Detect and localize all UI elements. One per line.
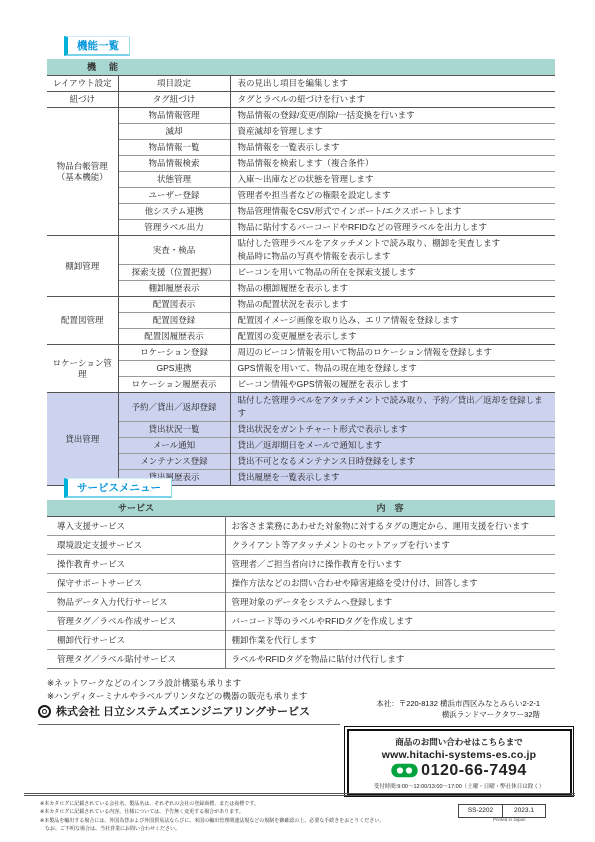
function-cell: メール通知 bbox=[118, 438, 230, 454]
legal-line: ※本カタログに記載されている内容、仕様については、予告無く変更する場合があります… bbox=[40, 808, 450, 816]
doc-date: 2023.1 bbox=[502, 805, 545, 817]
function-row: 物品情報一覧物品情報を一覧表示します bbox=[47, 140, 555, 156]
company-logo-icon bbox=[38, 705, 51, 718]
description-cell: 貸出／返却期日をメールで通知します bbox=[230, 438, 555, 454]
function-cell: 他システム連携 bbox=[118, 204, 230, 220]
function-cell: 配置図表示 bbox=[118, 297, 230, 313]
function-row: 棚卸管理実査・検品貼付した管理ラベルをアタッチメントで読み取り、棚卸を実査します… bbox=[47, 236, 555, 265]
function-row: 配置図管理配置図表示物品の配置状況を表示します bbox=[47, 297, 555, 313]
service-row: 管理タグ／ラベル貼付サービスラベルやRFIDタグを物品に貼付け代行します bbox=[47, 650, 555, 669]
service-name-cell: 管理タグ／ラベル作成サービス bbox=[47, 612, 225, 631]
service-table: 導入支援サービスお客さま業務にあわせた対象物に対するタグの選定から、運用支援を行… bbox=[47, 516, 555, 669]
description-cell: 周辺のビーコン情報を用いて物品のロケーション情報を登録します bbox=[230, 345, 555, 361]
service-desc-cell: 棚卸作業を代行します bbox=[225, 631, 555, 650]
function-cell: 貸出状況一覧 bbox=[118, 422, 230, 438]
function-table-header: 機 能 bbox=[47, 59, 555, 75]
function-row: メール通知貸出／返却期日をメールで通知します bbox=[47, 438, 555, 454]
function-cell: 物品情報検索 bbox=[118, 156, 230, 172]
service-name-cell: 導入支援サービス bbox=[47, 517, 225, 536]
service-section: サービス 内 容 導入支援サービスお客さま業務にあわせた対象物に対するタグの選定… bbox=[47, 500, 555, 703]
contact-lead: 商品のお問い合わせはこちらまで bbox=[353, 736, 566, 748]
function-row: ロケーション管理ロケーション登録周辺のビーコン情報を用いて物品のロケーション情報… bbox=[47, 345, 555, 361]
function-cell: 予約／貸出／返却登録 bbox=[118, 393, 230, 422]
service-name-cell: 保守サポートサービス bbox=[47, 574, 225, 593]
service-row: 保守サポートサービス操作方法などのお問い合わせや障害連絡を受け付け、回答します bbox=[47, 574, 555, 593]
function-cell: 状態管理 bbox=[118, 172, 230, 188]
group-cell: 貸出管理 bbox=[47, 393, 118, 486]
function-row: ユーザー登録管理者や担当者などの権限を設定します bbox=[47, 188, 555, 204]
service-name-cell: 環境設定支援サービス bbox=[47, 536, 225, 555]
address-line-2: 横浜ランドマークタワー32階 bbox=[376, 709, 540, 720]
service-row: 棚卸代行サービス棚卸作業を代行します bbox=[47, 631, 555, 650]
function-cell: 項目設定 bbox=[118, 76, 230, 92]
service-row: 導入支援サービスお客さま業務にあわせた対象物に対するタグの選定から、運用支援を行… bbox=[47, 517, 555, 536]
description-cell: 物品に貼付するバーコードやRFIDなどの管理ラベルを出力します bbox=[230, 220, 555, 236]
service-desc-cell: バーコード等のラベルやRFIDタグを作成します bbox=[225, 612, 555, 631]
function-cell: 滅却 bbox=[118, 124, 230, 140]
company-line: 株式会社 日立システムズエンジニアリングサービス bbox=[38, 703, 340, 725]
description-cell: 表の見出し項目を編集します bbox=[230, 76, 555, 92]
function-row: 滅却資産滅却を管理します bbox=[47, 124, 555, 140]
function-cell: 配置図登録 bbox=[118, 313, 230, 329]
function-row: 紐づけタグ紐づけタグとラベルの紐づけを行います bbox=[47, 92, 555, 108]
doc-code: SS-2202 bbox=[459, 805, 502, 817]
service-row: 物品データ入力代行サービス管理対象のデータをシステムへ登録します bbox=[47, 593, 555, 612]
contact-url: www.hitachi-systems-es.co.jp bbox=[353, 749, 566, 761]
legal-line: ※本製品を輸出する場合には、外国為替および外国貿易法ならびに、米国の輸出管理関連… bbox=[40, 817, 450, 825]
catalog-page: 機能一覧 機 能 レイアウト設定項目設定表の見出し項目を編集します紐づけタグ紐づ… bbox=[0, 0, 595, 842]
group-cell: 紐づけ bbox=[47, 92, 118, 108]
function-row: 他システム連携物品管理情報をCSV形式でインポート/エクスポートします bbox=[47, 204, 555, 220]
group-cell: レイアウト設定 bbox=[47, 76, 118, 92]
service-name-cell: 管理タグ／ラベル貼付サービス bbox=[47, 650, 225, 669]
function-cell: 管理ラベル出力 bbox=[118, 220, 230, 236]
description-cell: 物品情報を検索します（複合条件） bbox=[230, 156, 555, 172]
group-cell: 棚卸管理 bbox=[47, 236, 118, 297]
function-row: ロケーション履歴表示ビーコン情報やGPS情報の履歴を表示します bbox=[47, 377, 555, 393]
description-cell: 資産滅却を管理します bbox=[230, 124, 555, 140]
description-cell: 物品情報の登録/変更/削除/一括変換を行います bbox=[230, 108, 555, 124]
freedial-icon bbox=[391, 763, 418, 778]
function-row: 物品情報検索物品情報を検索します（複合条件） bbox=[47, 156, 555, 172]
service-row: 操作教育サービス管理者／ご担当者向けに操作教育を行います bbox=[47, 555, 555, 574]
description-cell: GPS情報を用いて、物品の現在地を登録します bbox=[230, 361, 555, 377]
service-desc-cell: 操作方法などのお問い合わせや障害連絡を受け付け、回答します bbox=[225, 574, 555, 593]
function-cell: ユーザー登録 bbox=[118, 188, 230, 204]
function-cell: 物品情報管理 bbox=[118, 108, 230, 124]
description-cell: 物品管理情報をCSV形式でインポート/エクスポートします bbox=[230, 204, 555, 220]
description-cell: 物品の棚卸履歴を表示します bbox=[230, 281, 555, 297]
function-cell: 探索支援（位置把握） bbox=[118, 265, 230, 281]
description-cell: 配置図の変更履歴を表示します bbox=[230, 329, 555, 345]
contact-hours: 受付時間:9:00～12:00/13:00～17:00（土曜・日曜・弊社休日は除… bbox=[353, 782, 566, 790]
function-cell: タグ紐づけ bbox=[118, 92, 230, 108]
group-cell: ロケーション管理 bbox=[47, 345, 118, 393]
service-desc-cell: ラベルやRFIDタグを物品に貼付け代行します bbox=[225, 650, 555, 669]
service-column-header: サービス bbox=[47, 500, 225, 516]
service-section-title: サービスメニュー bbox=[64, 478, 172, 498]
printed-note: Printed in Japan bbox=[493, 817, 526, 822]
service-desc-cell: クライアント等アタッチメントのセットアップを行います bbox=[225, 536, 555, 555]
service-name-cell: 操作教育サービス bbox=[47, 555, 225, 574]
description-cell: 貼付した管理ラベルをアタッチメントで読み取り、棚卸を実査します検品時に物品の写真… bbox=[230, 236, 555, 265]
group-cell: 物品台帳管理（基本機能） bbox=[47, 108, 118, 236]
description-cell: 管理者や担当者などの権限を設定します bbox=[230, 188, 555, 204]
function-row: 物品台帳管理（基本機能）物品情報管理物品情報の登録/変更/削除/一括変換を行いま… bbox=[47, 108, 555, 124]
function-cell: メンテナンス登録 bbox=[118, 454, 230, 470]
service-desc-cell: 管理者／ご担当者向けに操作教育を行います bbox=[225, 555, 555, 574]
function-row: レイアウト設定項目設定表の見出し項目を編集します bbox=[47, 76, 555, 92]
contact-phone-row: 0120-66-7494 bbox=[353, 762, 566, 780]
service-table-header: サービス 内 容 bbox=[47, 500, 555, 516]
function-row: 探索支援（位置把握）ビーコンを用いて物品の所在を探索支援します bbox=[47, 265, 555, 281]
function-row: 貸出状況一覧貸出状況をガントチャート形式で表示します bbox=[47, 422, 555, 438]
function-row: 状態管理入庫～出庫などの状態を管理します bbox=[47, 172, 555, 188]
service-row: 環境設定支援サービスクライアント等アタッチメントのセットアップを行います bbox=[47, 536, 555, 555]
description-cell: 貸出履歴を一覧表示します bbox=[230, 470, 555, 486]
description-cell: 物品の配置状況を表示します bbox=[230, 297, 555, 313]
content-column-header: 内 容 bbox=[225, 500, 555, 516]
description-cell: 貸出不可となるメンテナンス日時登録をします bbox=[230, 454, 555, 470]
legal-separator bbox=[24, 793, 575, 796]
function-row: 貸出管理予約／貸出／返却登録貼付した管理ラベルをアタッチメントで読み取り、予約／… bbox=[47, 393, 555, 422]
service-name-cell: 棚卸代行サービス bbox=[47, 631, 225, 650]
company-name: 株式会社 日立システムズエンジニアリングサービス bbox=[56, 703, 310, 719]
function-row: 配置図登録配置図イメージ画像を取り込み、エリア情報を登録します bbox=[47, 313, 555, 329]
function-cell: 実査・検品 bbox=[118, 236, 230, 265]
function-row: 配置図履歴表示配置図の変更履歴を表示します bbox=[47, 329, 555, 345]
contact-box-inner: 商品のお問い合わせはこちらまで www.hitachi-systems-es.c… bbox=[347, 729, 572, 795]
head-office-address: 本社：〒220-8132 横浜市西区みなとみらい2-2-1 横浜ランドマークタワ… bbox=[376, 698, 540, 721]
service-desc-cell: お客さま業務にあわせた対象物に対するタグの選定から、運用支援を行います bbox=[225, 517, 555, 536]
function-section-title: 機能一覧 bbox=[64, 36, 130, 56]
legal-text: ※本カタログに記載されている会社名、製品名は、それぞれの会社の登録商標、または商… bbox=[40, 800, 450, 833]
description-cell: タグとラベルの紐づけを行います bbox=[230, 92, 555, 108]
function-cell: 物品情報一覧 bbox=[118, 140, 230, 156]
contact-phone: 0120-66-7494 bbox=[421, 762, 527, 780]
description-cell: ビーコンを用いて物品の所在を探索支援します bbox=[230, 265, 555, 281]
legal-line: ※本カタログに記載されている会社名、製品名は、それぞれの会社の登録商標、または商… bbox=[40, 800, 450, 808]
function-cell: ロケーション登録 bbox=[118, 345, 230, 361]
description-cell: 貸出状況をガントチャート形式で表示します bbox=[230, 422, 555, 438]
function-row: GPS連携GPS情報を用いて、物品の現在地を登録します bbox=[47, 361, 555, 377]
function-row: 管理ラベル出力物品に貼付するバーコードやRFIDなどの管理ラベルを出力します bbox=[47, 220, 555, 236]
description-cell: 貼付した管理ラベルをアタッチメントで読み取り、予約／貸出／返却を登録します bbox=[230, 393, 555, 422]
group-cell: 配置図管理 bbox=[47, 297, 118, 345]
function-cell: ロケーション履歴表示 bbox=[118, 377, 230, 393]
function-cell: 配置図履歴表示 bbox=[118, 329, 230, 345]
address-line-1: 本社：〒220-8132 横浜市西区みなとみらい2-2-1 bbox=[376, 698, 540, 709]
description-cell: 入庫～出庫などの状態を管理します bbox=[230, 172, 555, 188]
function-table: レイアウト設定項目設定表の見出し項目を編集します紐づけタグ紐づけタグとラベルの紐… bbox=[47, 75, 555, 486]
function-cell: 棚卸履歴表示 bbox=[118, 281, 230, 297]
description-cell: 配置図イメージ画像を取り込み、エリア情報を登録します bbox=[230, 313, 555, 329]
doc-version-box: SS-2202 2023.1 bbox=[458, 804, 546, 818]
company-block: 株式会社 日立システムズエンジニアリングサービス bbox=[38, 703, 340, 725]
legal-line: なお、ご不明な場合は、当社営業にお問い合わせください。 bbox=[40, 825, 450, 833]
service-name-cell: 物品データ入力代行サービス bbox=[47, 593, 225, 612]
service-row: 管理タグ／ラベル作成サービスバーコード等のラベルやRFIDタグを作成します bbox=[47, 612, 555, 631]
note-line: ※ネットワークなどのインフラ設計構築も承ります bbox=[47, 677, 555, 690]
description-cell: ビーコン情報やGPS情報の履歴を表示します bbox=[230, 377, 555, 393]
function-row: メンテナンス登録貸出不可となるメンテナンス日時登録をします bbox=[47, 454, 555, 470]
function-row: 棚卸履歴表示物品の棚卸履歴を表示します bbox=[47, 281, 555, 297]
service-desc-cell: 管理対象のデータをシステムへ登録します bbox=[225, 593, 555, 612]
function-section: 機 能 レイアウト設定項目設定表の見出し項目を編集します紐づけタグ紐づけタグとラ… bbox=[47, 59, 555, 486]
contact-box: 商品のお問い合わせはこちらまで www.hitachi-systems-es.c… bbox=[344, 726, 574, 797]
description-cell: 物品情報を一覧表示します bbox=[230, 140, 555, 156]
function-cell: GPS連携 bbox=[118, 361, 230, 377]
